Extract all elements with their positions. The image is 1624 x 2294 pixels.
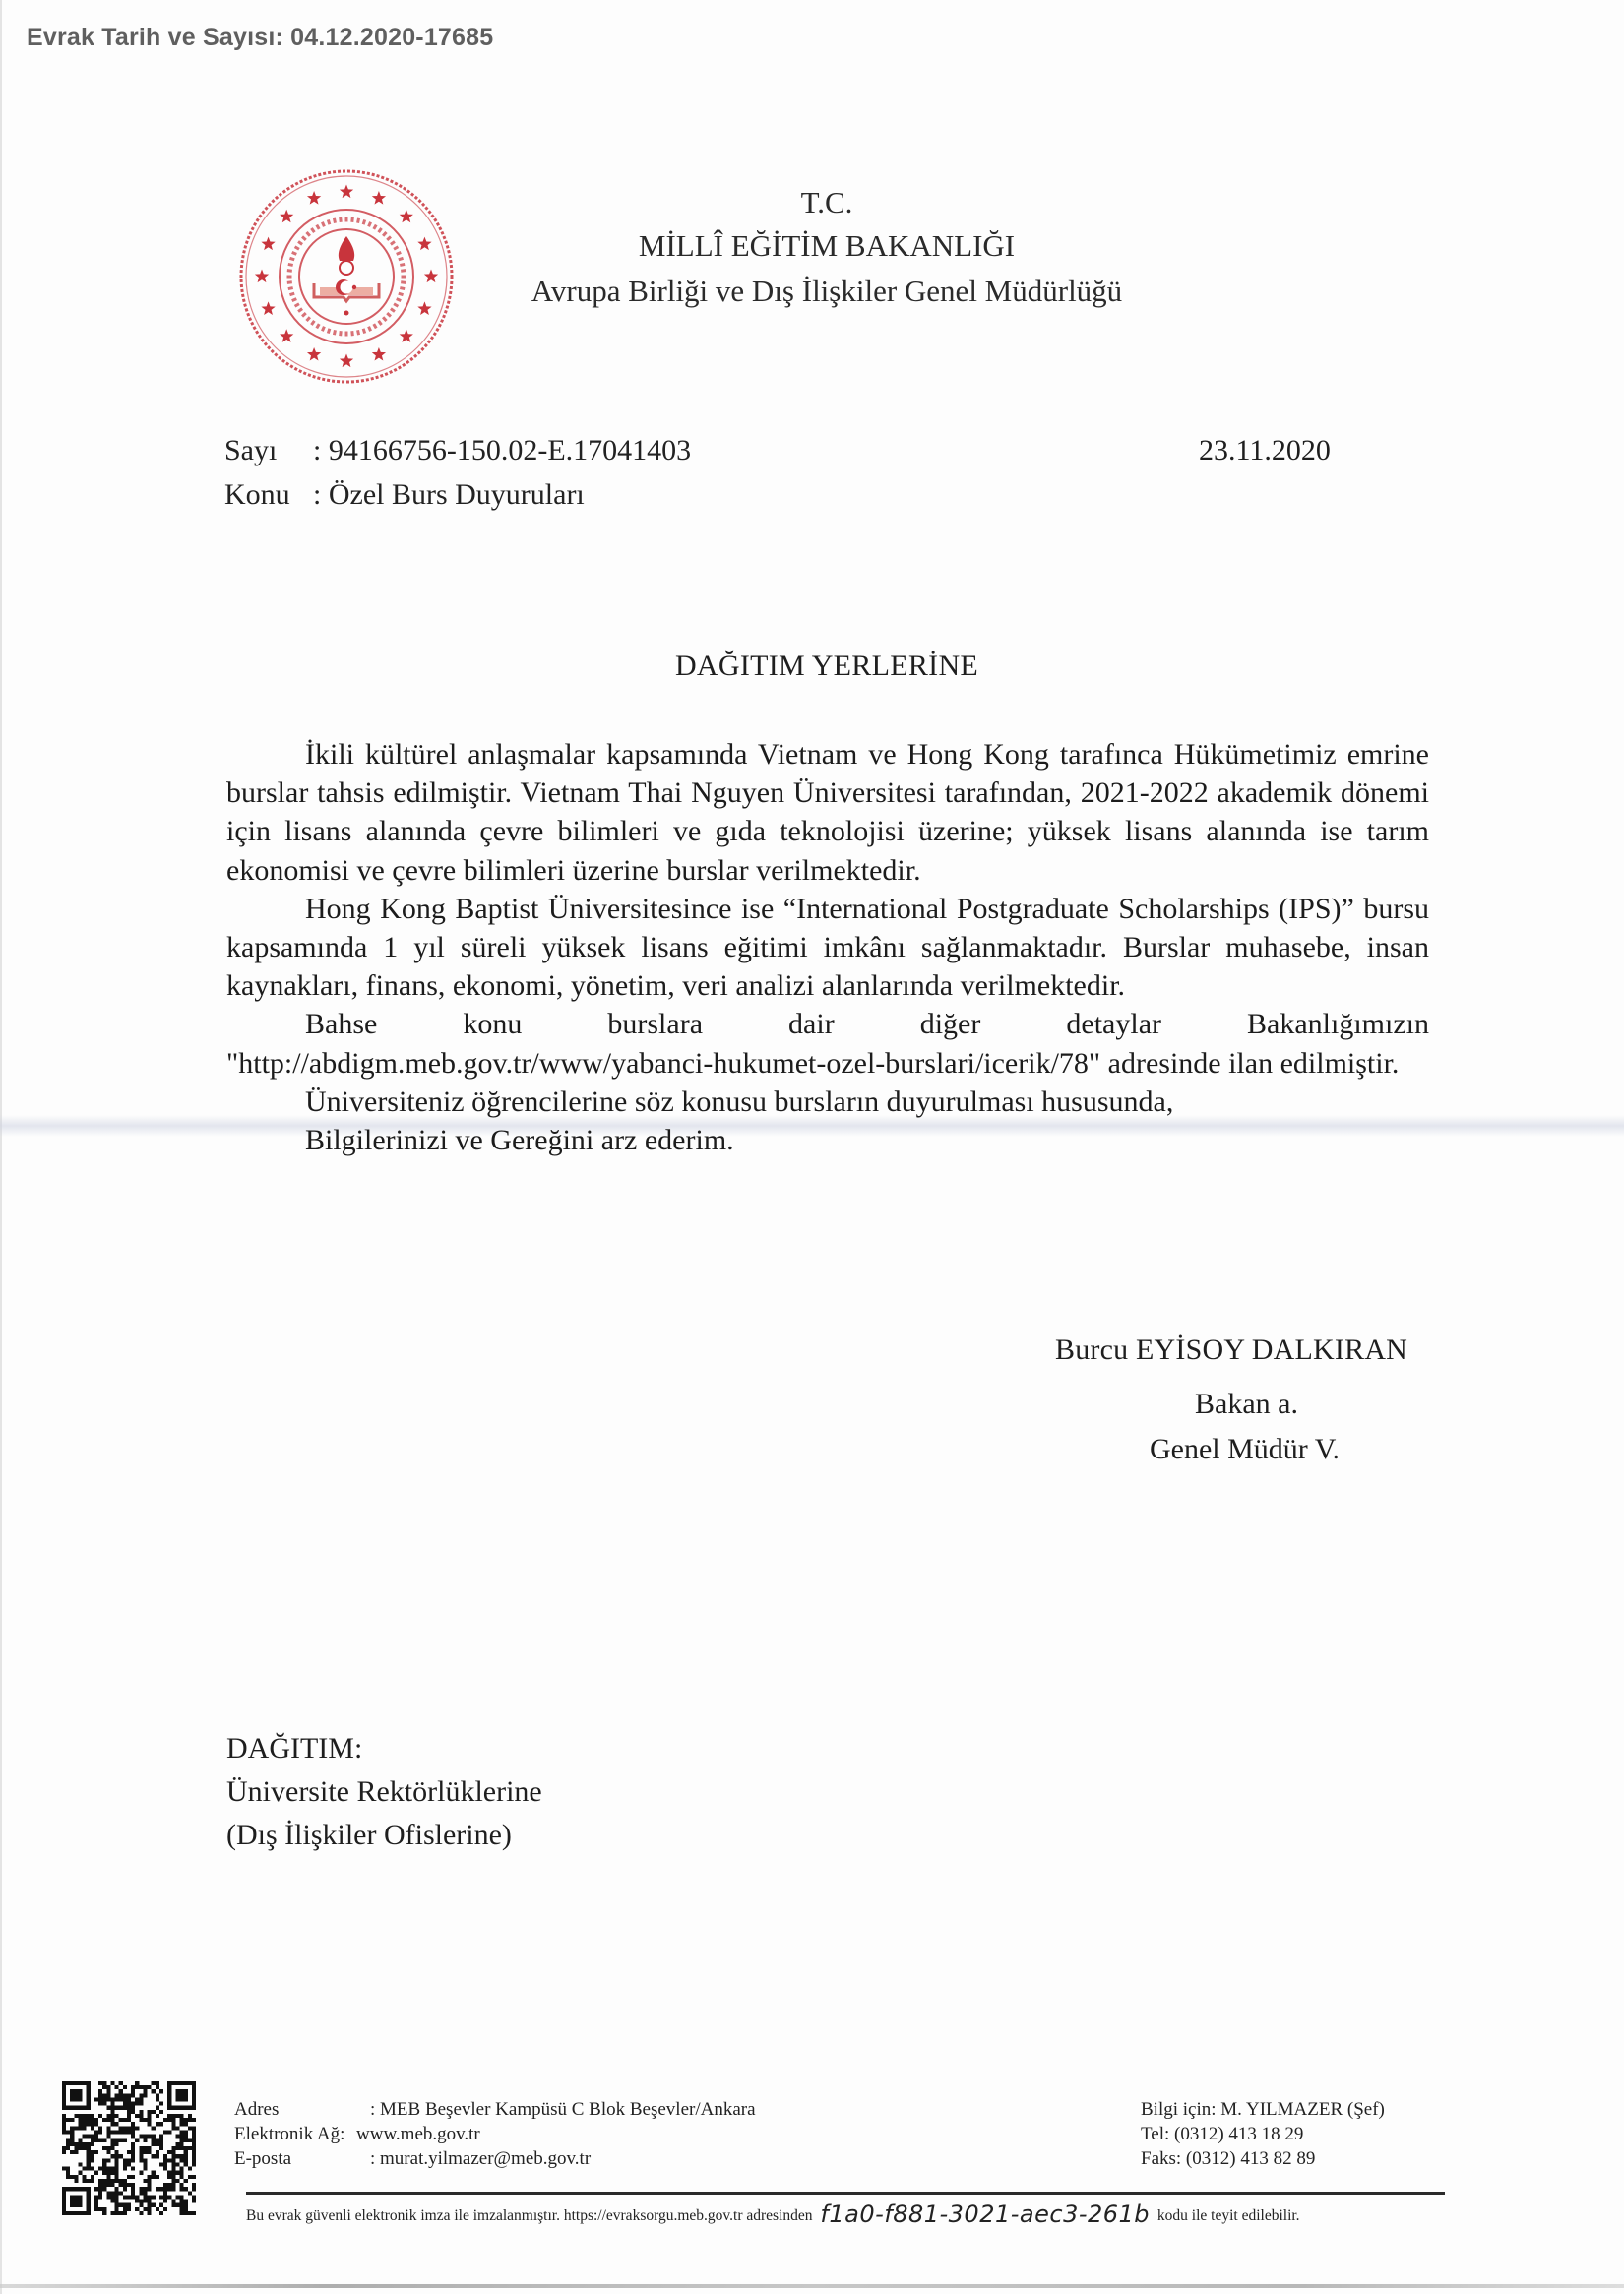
footer-info: Bilgi için: M. YILMAZER (Şef) Tel: (0312… bbox=[1141, 2097, 1385, 2171]
letter-body: İkili kültürel anlaşmalar kapsamında Vie… bbox=[226, 735, 1429, 1159]
verification-code: f1a0-f881-3021-aec3-261b bbox=[820, 2201, 1150, 2228]
page-edge bbox=[0, 0, 2, 2294]
header-ministry: MİLLÎ EĞİTİM BAKANLIĞI bbox=[433, 228, 1220, 264]
page-edge-bottom bbox=[0, 2284, 1624, 2288]
web-link[interactable]: www.meb.gov.tr bbox=[356, 2122, 480, 2146]
distribution-item: (Dış İlişkiler Ofislerine) bbox=[226, 1814, 542, 1857]
qr-code-icon bbox=[62, 2081, 196, 2215]
paragraph-5: Bilgilerinizi ve Gereğini arz ederim. bbox=[226, 1121, 1429, 1159]
reference-label: Sayı bbox=[224, 434, 277, 467]
reference-value: : 94166756-150.02-E.17041403 bbox=[313, 434, 691, 467]
phone: Tel: (0312) 413 18 29 bbox=[1141, 2122, 1385, 2146]
email-label: E-posta bbox=[234, 2146, 291, 2171]
verification-prefix: Bu evrak güvenli elektronik imza ile imz… bbox=[246, 2207, 813, 2224]
distribution-item: Üniversite Rektörlüklerine bbox=[226, 1770, 542, 1814]
recipient-title: DAĞITIM YERLERİNE bbox=[531, 650, 1122, 683]
signatory-title-2: Genel Müdür V. bbox=[1150, 1433, 1340, 1466]
web-label: Elektronik Ağ: bbox=[234, 2122, 344, 2146]
paragraph-2: Hong Kong Baptist Üniversitesince ise “I… bbox=[226, 890, 1429, 1006]
verification-suffix: kodu ile teyit edilebilir. bbox=[1157, 2207, 1300, 2224]
distribution-label: DAĞITIM: bbox=[226, 1727, 542, 1770]
signatory-title-1: Bakan a. bbox=[1195, 1388, 1298, 1421]
meb-emblem-icon bbox=[235, 165, 458, 388]
verification-note: Bu evrak güvenli elektronik imza ile imz… bbox=[246, 2201, 1300, 2228]
email-link[interactable]: : murat.yilmazer@meb.gov.tr bbox=[370, 2146, 591, 2171]
subject-label: Konu bbox=[224, 478, 290, 512]
document-stamp: Evrak Tarih ve Sayısı: 04.12.2020-17685 bbox=[27, 24, 493, 52]
fax: Faks: (0312) 413 82 89 bbox=[1141, 2146, 1385, 2171]
footer-divider bbox=[246, 2192, 1445, 2195]
signatory-name: Burcu EYİSOY DALKIRAN bbox=[1055, 1333, 1407, 1367]
distribution-list: DAĞITIM: Üniversite Rektörlüklerine (Dış… bbox=[226, 1727, 542, 1857]
paragraph-1: İkili kültürel anlaşmalar kapsamında Vie… bbox=[226, 735, 1429, 890]
paragraph-3: Bahse konu burslara dair diğer detaylar … bbox=[226, 1005, 1429, 1082]
paragraph-4: Üniversiteniz öğrencilerine söz konusu b… bbox=[226, 1083, 1429, 1121]
info-contact: Bilgi için: M. YILMAZER (Şef) bbox=[1141, 2097, 1385, 2122]
address-value: : MEB Beşevler Kampüsü C Blok Beşevler/A… bbox=[370, 2097, 756, 2122]
subject-value: : Özel Burs Duyuruları bbox=[313, 478, 585, 512]
address-label: Adres bbox=[234, 2097, 279, 2122]
header-directorate: Avrupa Birliği ve Dış İlişkiler Genel Mü… bbox=[433, 274, 1220, 309]
document-date: 23.11.2020 bbox=[1199, 434, 1331, 467]
header-tc: T.C. bbox=[433, 185, 1220, 220]
